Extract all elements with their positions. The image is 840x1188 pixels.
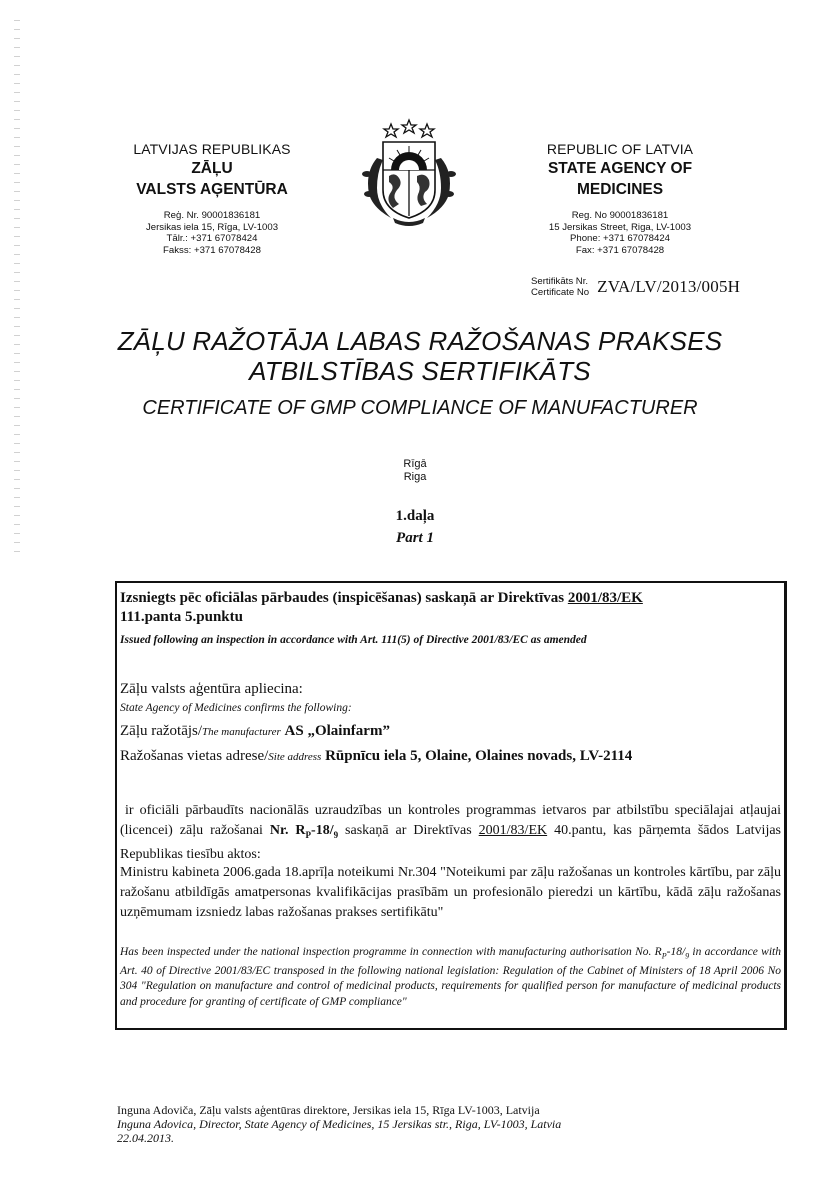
agency-name-lv-line2: VALSTS AĢENTŪRA bbox=[112, 179, 312, 200]
place-en: Riga bbox=[340, 471, 490, 484]
confirms-lv: Zāļu valsts aģentūra apliecina: bbox=[120, 679, 781, 699]
issued-statement-en: Issued following an inspection in accord… bbox=[120, 633, 781, 648]
certificate-number: ZVA/LV/2013/005H bbox=[597, 277, 740, 297]
republic-name-lv: LATVIJAS REPUBLIKAS bbox=[112, 140, 312, 158]
certificate-number-block: Sertifikāts Nr. Certificate No ZVA/LV/20… bbox=[531, 276, 740, 298]
agency-address-lv: Jersikas iela 15, Rīga, LV-1003 bbox=[112, 222, 312, 234]
agency-address-en: 15 Jersikas Street, Riga, LV-1003 bbox=[520, 222, 720, 234]
manufacturer-line: Zāļu ražotājs/The manufacturer AS „Olain… bbox=[120, 721, 781, 742]
issued-statement-lv: Izsniegts pēc oficiālas pārbaudes (inspi… bbox=[120, 589, 781, 627]
issue-date: 22.04.2013. bbox=[117, 1131, 677, 1145]
manufacturer-label-lv: Zāļu ražotājs/ bbox=[120, 723, 202, 739]
site-address: Rūpnīcu iela 5, Olaine, Olaines novads, … bbox=[325, 748, 632, 764]
signatory-en: Inguna Adovica, Director, State Agency o… bbox=[117, 1117, 677, 1131]
agency-phone-en: Phone: +371 67078424 bbox=[520, 233, 720, 245]
document-title-en: CERTIFICATE OF GMP COMPLIANCE OF MANUFAC… bbox=[80, 396, 760, 420]
certificate-label-lv: Sertifikāts Nr. bbox=[531, 276, 589, 287]
agency-phone-lv: Tālr.: +371 67078424 bbox=[112, 233, 312, 245]
part-label-lv: 1.daļa bbox=[340, 508, 490, 525]
place-lv: Rīgā bbox=[340, 458, 490, 471]
signatory-lv: Inguna Adoviča, Zāļu valsts aģentūras di… bbox=[117, 1103, 677, 1117]
regulation-text-lv: Ministru kabineta 2006.gada 18.aprīļa no… bbox=[120, 863, 781, 923]
inspection-statement-lv: ir oficiāli pārbaudīts nacionālās uzraud… bbox=[120, 801, 781, 865]
inspection-statement-en: Has been inspected under the national in… bbox=[120, 945, 781, 1010]
site-address-line: Ražošanas vietas adrese/Site address Rūp… bbox=[120, 746, 781, 767]
part-label-en: Part 1 bbox=[340, 530, 490, 547]
licence-number: Nr. RP-18/9 bbox=[270, 823, 338, 838]
signatory-footer: Inguna Adoviča, Zāļu valsts aģentūras di… bbox=[117, 1103, 677, 1145]
certificate-label-en: Certificate No bbox=[531, 287, 589, 298]
agency-name-en-line2: MEDICINES bbox=[520, 179, 720, 200]
site-label-lv: Ražošanas vietas adrese/ bbox=[120, 748, 268, 764]
place-of-issue: Rīgā Riga bbox=[340, 458, 490, 484]
coat-of-arms-icon bbox=[353, 118, 465, 228]
agency-name-lv-line1: ZĀĻU bbox=[112, 158, 312, 179]
scan-edge-artifact bbox=[14, 20, 20, 560]
republic-name-en: REPUBLIC OF LATVIA bbox=[520, 140, 720, 158]
agency-fax-lv: Fakss: +371 67078428 bbox=[112, 245, 312, 257]
agency-fax-en: Fax: +371 67078428 bbox=[520, 245, 720, 257]
document-title-lv: ZĀĻU RAŽOTĀJA LABAS RAŽOŠANAS PRAKSES AT… bbox=[80, 326, 760, 386]
directive-reference: 2001/83/EK bbox=[568, 590, 643, 606]
title-lv-line1: ZĀĻU RAŽOTĀJA LABAS RAŽOŠANAS PRAKSES bbox=[80, 326, 760, 356]
header-agency-latvian: LATVIJAS REPUBLIKAS ZĀĻU VALSTS AĢENTŪRA… bbox=[112, 140, 312, 256]
site-label-en: Site address bbox=[268, 751, 321, 763]
agency-reg-lv: Reģ. Nr. 90001836181 bbox=[112, 210, 312, 222]
confirms-en: State Agency of Medicines confirms the f… bbox=[120, 701, 781, 716]
certificate-number-labels: Sertifikāts Nr. Certificate No bbox=[531, 276, 589, 298]
header-agency-english: REPUBLIC OF LATVIA STATE AGENCY OF MEDIC… bbox=[520, 140, 720, 256]
manufacturer-name: AS „Olainfarm” bbox=[285, 723, 390, 739]
agency-reg-en: Reg. No 90001836181 bbox=[520, 210, 720, 222]
directive-reference-2: 2001/83/EK bbox=[479, 823, 547, 838]
title-lv-line2: ATBILSTĪBAS SERTIFIKĀTS bbox=[80, 356, 760, 386]
agency-name-en-line1: STATE AGENCY OF bbox=[520, 158, 720, 179]
certificate-body-box: Izsniegts pēc oficiālas pārbaudes (inspi… bbox=[115, 581, 787, 1030]
manufacturer-label-en: The manufacturer bbox=[202, 726, 281, 738]
